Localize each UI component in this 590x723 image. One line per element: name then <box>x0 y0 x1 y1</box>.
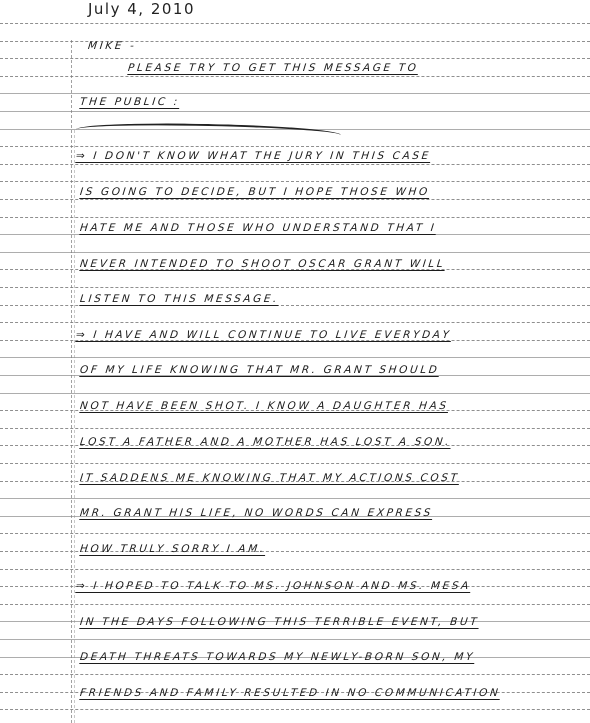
letter-line: DEATH THREATS TOWARDS MY NEWLY-BORN SON,… <box>79 651 475 663</box>
ruled-line <box>0 93 590 94</box>
ruled-line <box>0 393 590 394</box>
letter-line: FRIENDS AND FAMILY RESULTED IN NO COMMUN… <box>79 687 501 699</box>
letter-line: IT SADDENS ME KNOWING THAT MY ACTIONS CO… <box>79 472 460 484</box>
ruled-line <box>0 463 590 464</box>
ruled-line <box>0 146 590 147</box>
letter-line: IN THE DAYS FOLLOWING THIS TERRIBLE EVEN… <box>79 616 479 628</box>
margin-line <box>71 40 72 723</box>
ruled-line <box>0 217 590 218</box>
ruled-line <box>0 76 590 77</box>
ruled-line <box>0 357 590 358</box>
intro-line-2: THE PUBLIC : <box>79 96 180 108</box>
ruled-line <box>0 164 590 165</box>
letter-line: NOT HAVE BEEN SHOT. I KNOW A DAUGHTER HA… <box>79 400 449 412</box>
ruled-line <box>0 674 590 675</box>
ruled-line <box>0 498 590 499</box>
ruled-line <box>0 234 590 235</box>
letter-line: OF MY LIFE KNOWING THAT MR. GRANT SHOULD <box>79 364 440 376</box>
letter-line: LOST A FATHER AND A MOTHER HAS LOST A SO… <box>79 436 451 448</box>
ruled-line <box>0 533 590 534</box>
letter-salutation: MIKE - <box>87 40 137 52</box>
margin-line-secondary <box>74 130 75 723</box>
ruled-line <box>0 58 590 59</box>
letter-line: MR. GRANT HIS LIFE, NO WORDS CAN EXPRESS <box>79 507 433 519</box>
ruled-line <box>0 428 590 429</box>
ruled-line <box>0 111 590 112</box>
letter-line: IS GOING TO DECIDE, BUT I HOPE THOSE WHO <box>79 186 430 198</box>
ruled-line <box>0 287 590 288</box>
ruled-line <box>0 569 590 570</box>
underline-stroke <box>76 121 341 137</box>
letter-line: ⇒ I HOPED TO TALK TO MS. JOHNSON AND MS.… <box>75 580 471 592</box>
ruled-line <box>0 639 590 640</box>
letter-line: HATE ME AND THOSE WHO UNDERSTAND THAT I <box>79 222 437 234</box>
letter-line: ⇒ I HAVE AND WILL CONTINUE TO LIVE EVERY… <box>75 329 452 341</box>
ruled-line <box>0 181 590 182</box>
handwritten-letter-page: July 4, 2010 MIKE - PLEASE TRY TO GET TH… <box>0 0 590 723</box>
letter-line: NEVER INTENDED TO SHOOT OSCAR GRANT WILL <box>79 258 446 270</box>
letter-line: HOW TRULY SORRY I AM. <box>79 543 266 555</box>
ruled-line <box>0 322 590 323</box>
ruled-line <box>0 23 590 24</box>
letter-line: ⇒ I DON'T KNOW WHAT THE JURY IN THIS CAS… <box>75 150 431 162</box>
letter-date: July 4, 2010 <box>88 0 195 18</box>
ruled-line <box>0 604 590 605</box>
ruled-line <box>0 709 590 710</box>
intro-line-1: PLEASE TRY TO GET THIS MESSAGE TO <box>127 62 419 74</box>
letter-line: LISTEN TO THIS MESSAGE. <box>79 293 279 305</box>
ruled-line <box>0 199 590 200</box>
ruled-line <box>0 252 590 253</box>
